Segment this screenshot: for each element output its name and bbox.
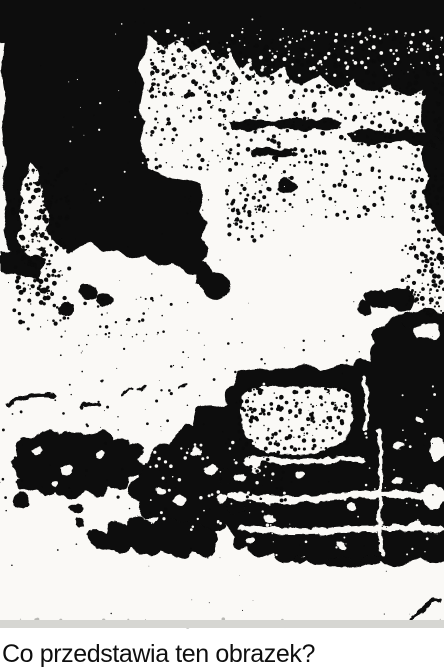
halftone-photo (0, 0, 444, 630)
page: Co przedstawia ten obrazek? (0, 0, 444, 667)
photo-edge-band (0, 620, 444, 628)
caption-question: Co przedstawia ten obrazek? (2, 640, 315, 667)
